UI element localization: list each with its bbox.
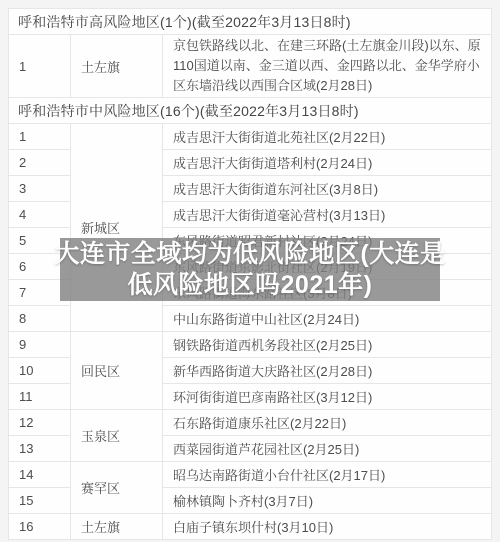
row-number: 2 — [9, 150, 71, 176]
row-number: 1 — [9, 124, 71, 150]
area-cell: 榆林镇陶卜齐村(3月7日) — [163, 488, 492, 514]
high-risk-row: 1 土左旗 京包铁路线以北、在建三环路(土左旗金川段)以东、原110国道以南、金… — [9, 35, 492, 98]
area-cell: 中山东路街道中山社区(2月24日) — [163, 306, 492, 332]
area-cell: 新华西路街道大庆路社区(2月28日) — [163, 358, 492, 384]
row-number: 15 — [9, 488, 71, 514]
area-cell: 成吉思汗大街街道北苑社区(2月22日) — [163, 124, 492, 150]
row-number: 9 — [9, 332, 71, 358]
table-row: 1 新城区 成吉思汗大街街道北苑社区(2月22日) — [9, 124, 492, 150]
row-number: 12 — [9, 410, 71, 436]
high-risk-header-row: 呼和浩特市高风险地区(1个)(截至2022年3月13日8时) — [9, 9, 492, 35]
medium-risk-header-row: 呼和浩特市中风险地区(16个)(截至2022年3月13日8时) — [9, 98, 492, 124]
area-cell: 昭乌达南路街道小台什社区(2月17日) — [163, 462, 492, 488]
row-number: 13 — [9, 436, 71, 462]
district-cell: 玉泉区 — [71, 410, 163, 462]
row-number: 14 — [9, 462, 71, 488]
district-cell: 回民区 — [71, 332, 163, 410]
area-cell: 石东路街道康乐社区(2月22日) — [163, 410, 492, 436]
area-cell: 西菜园街道芦花园社区(2月25日) — [163, 436, 492, 462]
area-cell: 环河街街道巴彦南路社区(3月12日) — [163, 384, 492, 410]
area-cell: 钢铁路街道西机务段社区(2月25日) — [163, 332, 492, 358]
area-cell: 白庙子镇东坝什村(3月10日) — [163, 514, 492, 540]
district-cell: 土左旗 — [71, 35, 163, 98]
table-row: 12 玉泉区 石东路街道康乐社区(2月22日) — [9, 410, 492, 436]
watermark-overlay: 大连市全域均为低风险地区(大连是 低风险地区吗2021年) — [60, 238, 440, 301]
area-cell: 成吉思汗大街街道毫沁营村(3月13日) — [163, 202, 492, 228]
table-row: 9 回民区 钢铁路街道西机务段社区(2月25日) — [9, 332, 492, 358]
row-number: 11 — [9, 384, 71, 410]
row-number: 10 — [9, 358, 71, 384]
area-cell: 成吉思汗大街街道塔利村(2月24日) — [163, 150, 492, 176]
area-cell: 京包铁路线以北、在建三环路(土左旗金川段)以东、原110国道以南、金三道以西、金… — [163, 35, 492, 98]
row-number: 8 — [9, 306, 71, 332]
row-number: 16 — [9, 514, 71, 540]
table-row: 16 土左旗 白庙子镇东坝什村(3月10日) — [9, 514, 492, 540]
row-number: 3 — [9, 176, 71, 202]
district-cell: 赛罕区 — [71, 462, 163, 514]
area-cell: 成吉思汗大街街道东河社区(3月8日) — [163, 176, 492, 202]
risk-area-page: 呼和浩特市高风险地区(1个)(截至2022年3月13日8时) 1 土左旗 京包铁… — [0, 0, 500, 542]
high-risk-section-title: 呼和浩特市高风险地区(1个)(截至2022年3月13日8时) — [9, 9, 492, 35]
row-number: 1 — [9, 35, 71, 98]
medium-risk-section-title: 呼和浩特市中风险地区(16个)(截至2022年3月13日8时) — [9, 98, 492, 124]
table-row: 14 赛罕区 昭乌达南路街道小台什社区(2月17日) — [9, 462, 492, 488]
row-number: 4 — [9, 202, 71, 228]
district-cell: 土左旗 — [71, 514, 163, 540]
watermark-text-line1: 大连市全域均为低风险地区(大连是 — [54, 239, 445, 270]
watermark-text-line2: 低风险地区吗2021年) — [128, 270, 373, 301]
